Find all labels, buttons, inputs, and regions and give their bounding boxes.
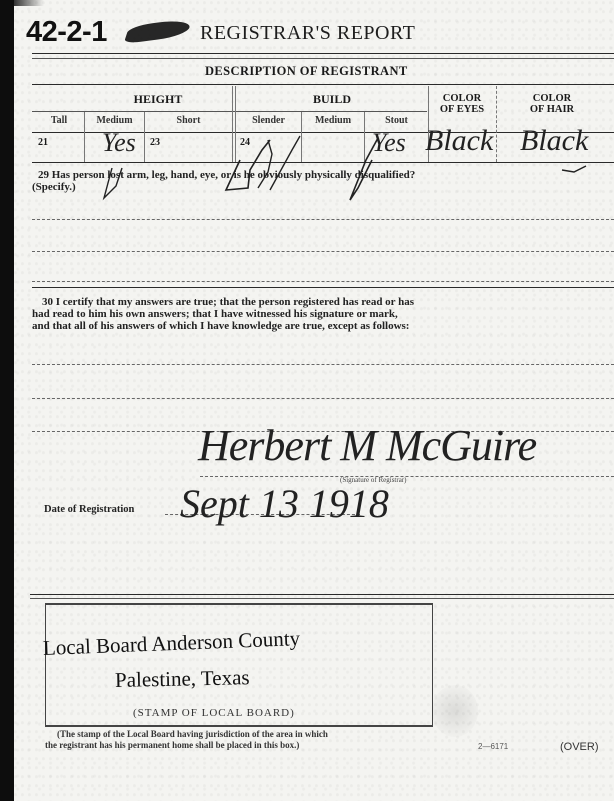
answer-line: [32, 251, 614, 252]
certification-text: 30 I certify that my answers are true; t…: [32, 296, 614, 332]
registrar-signature: Herbert M McGuire: [198, 420, 536, 471]
over-label: (OVER): [560, 741, 599, 753]
certification-line-3: and that all of his answers of which I h…: [32, 320, 614, 332]
question-29-text: 29 Has person lost arm, leg, hand, eye, …: [38, 169, 614, 181]
section-rule: [32, 287, 614, 288]
registration-date-label: Date of Registration: [44, 504, 134, 516]
answer-line: [32, 281, 614, 282]
stamp-line-2: Palestine, Texas: [115, 665, 250, 693]
registration-card: 42-2-1 REGISTRAR'S REPORT DESCRIPTION OF…: [0, 0, 614, 801]
answer-line: [32, 219, 614, 220]
exception-line: [32, 398, 614, 399]
stamp-note-line-2: the registrant has his permanent home sh…: [45, 740, 328, 751]
exception-line: [32, 364, 614, 365]
stamp-section-rule: [30, 594, 614, 595]
certification-line-1: 30 I certify that my answers are true; t…: [32, 296, 614, 308]
question-29-specify: (Specify.): [32, 181, 76, 193]
registration-date-value: Sept 13 1918: [180, 480, 389, 527]
signature-line: [200, 476, 614, 477]
stamp-smudge: [432, 685, 478, 737]
stamp-caption: (STAMP OF LOCAL BOARD): [133, 707, 295, 719]
stamp-note: (The stamp of the Local Board having jur…: [45, 729, 328, 751]
stamp-note-line-1: (The stamp of the Local Board having jur…: [45, 729, 328, 740]
stamp-section-rule: [30, 598, 614, 599]
form-code: 2—6171: [478, 742, 508, 751]
certification-line-2: had read to him his own answers; that I …: [32, 308, 614, 320]
